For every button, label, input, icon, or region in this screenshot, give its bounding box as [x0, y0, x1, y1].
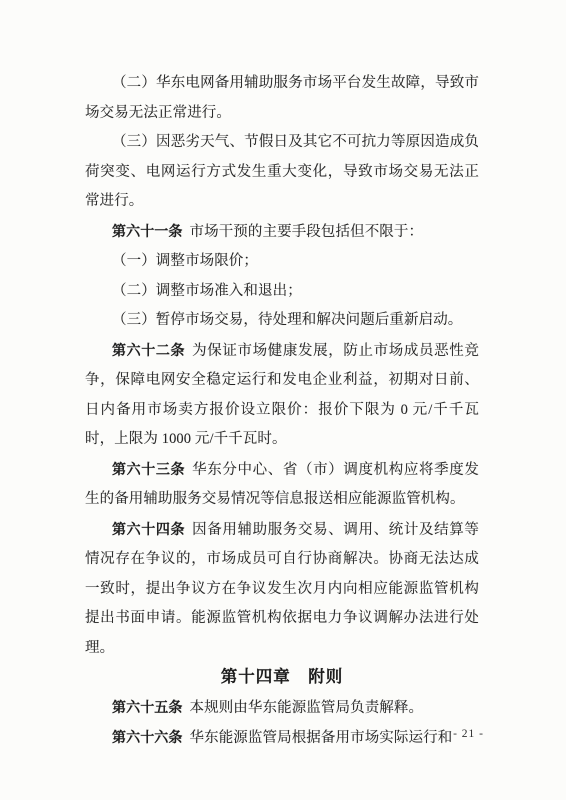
article-number: 第六十五条	[112, 699, 183, 715]
article-number: 第六十六条	[112, 729, 183, 745]
paragraph: （三）暂停市场交易，待处理和解决问题后重新启动。	[85, 306, 479, 336]
paragraph-text: （二）华东电网备用辅助服务市场平台发生故障，导致市场交易无法正常进行。	[85, 75, 479, 121]
chapter-heading: 第十四章 附则	[85, 663, 479, 693]
paragraph-text: 华东能源监管局根据备用市场实际运行和	[190, 730, 453, 746]
document-page: （二）华东电网备用辅助服务市场平台发生故障，导致市场交易无法正常进行。 （三）因…	[0, 0, 566, 800]
paragraph-text: 因备用辅助服务交易、调用、统计及结算等情况存在争议的，市场成员可自行协商解决。协…	[85, 522, 479, 656]
article-number: 第六十四条	[112, 521, 185, 537]
paragraph: （二）华东电网备用辅助服务市场平台发生故障，导致市场交易无法正常进行。	[85, 69, 479, 128]
paragraph-text: （三）暂停市场交易，待处理和解决问题后重新启动。	[112, 312, 462, 328]
article-number: 第六十一条	[112, 223, 183, 239]
paragraph-text: （二）调整市场准入和退出；	[112, 283, 302, 299]
paragraph: 第六十二条为保证市场健康发展，防止市场成员恶性竞争，保障电网安全稳定运行和发电企…	[85, 336, 479, 455]
article-number: 第六十三条	[112, 461, 185, 477]
page-number: - 21 -	[453, 727, 484, 741]
paragraph-text: （一）调整市场限价；	[112, 253, 258, 269]
paragraph: （二）调整市场准入和退出；	[85, 277, 479, 307]
paragraph-text: 本规则由华东能源监管局负责解释。	[190, 700, 424, 716]
paragraph: （三）因恶劣天气、节假日及其它不可抗力等原因造成负荷突变、电网运行方式发生重大变…	[85, 128, 479, 217]
paragraph-text: 市场干预的主要手段包括但不限于：	[190, 224, 424, 240]
paragraph: （一）调整市场限价；	[85, 247, 479, 277]
paragraph: 第六十五条本规则由华东能源监管局负责解释。	[85, 693, 479, 724]
paragraph: 第六十一条市场干预的主要手段包括但不限于：	[85, 217, 479, 248]
paragraph-text: （三）因恶劣天气、节假日及其它不可抗力等原因造成负荷突变、电网运行方式发生重大变…	[85, 134, 479, 209]
document-body: （二）华东电网备用辅助服务市场平台发生故障，导致市场交易无法正常进行。 （三）因…	[85, 69, 479, 754]
paragraph-text: 为保证市场健康发展，防止市场成员恶性竞争，保障电网安全稳定运行和发电企业利益，初…	[85, 343, 479, 448]
paragraph: 第六十三条华东分中心、省（市）调度机构应将季度发生的备用辅助服务交易情况等信息报…	[85, 455, 479, 515]
paragraph: 第六十四条因备用辅助服务交易、调用、统计及结算等情况存在争议的，市场成员可自行协…	[85, 515, 479, 664]
paragraph: 第六十六条华东能源监管局根据备用市场实际运行和	[85, 723, 479, 754]
article-number: 第六十二条	[112, 342, 185, 358]
